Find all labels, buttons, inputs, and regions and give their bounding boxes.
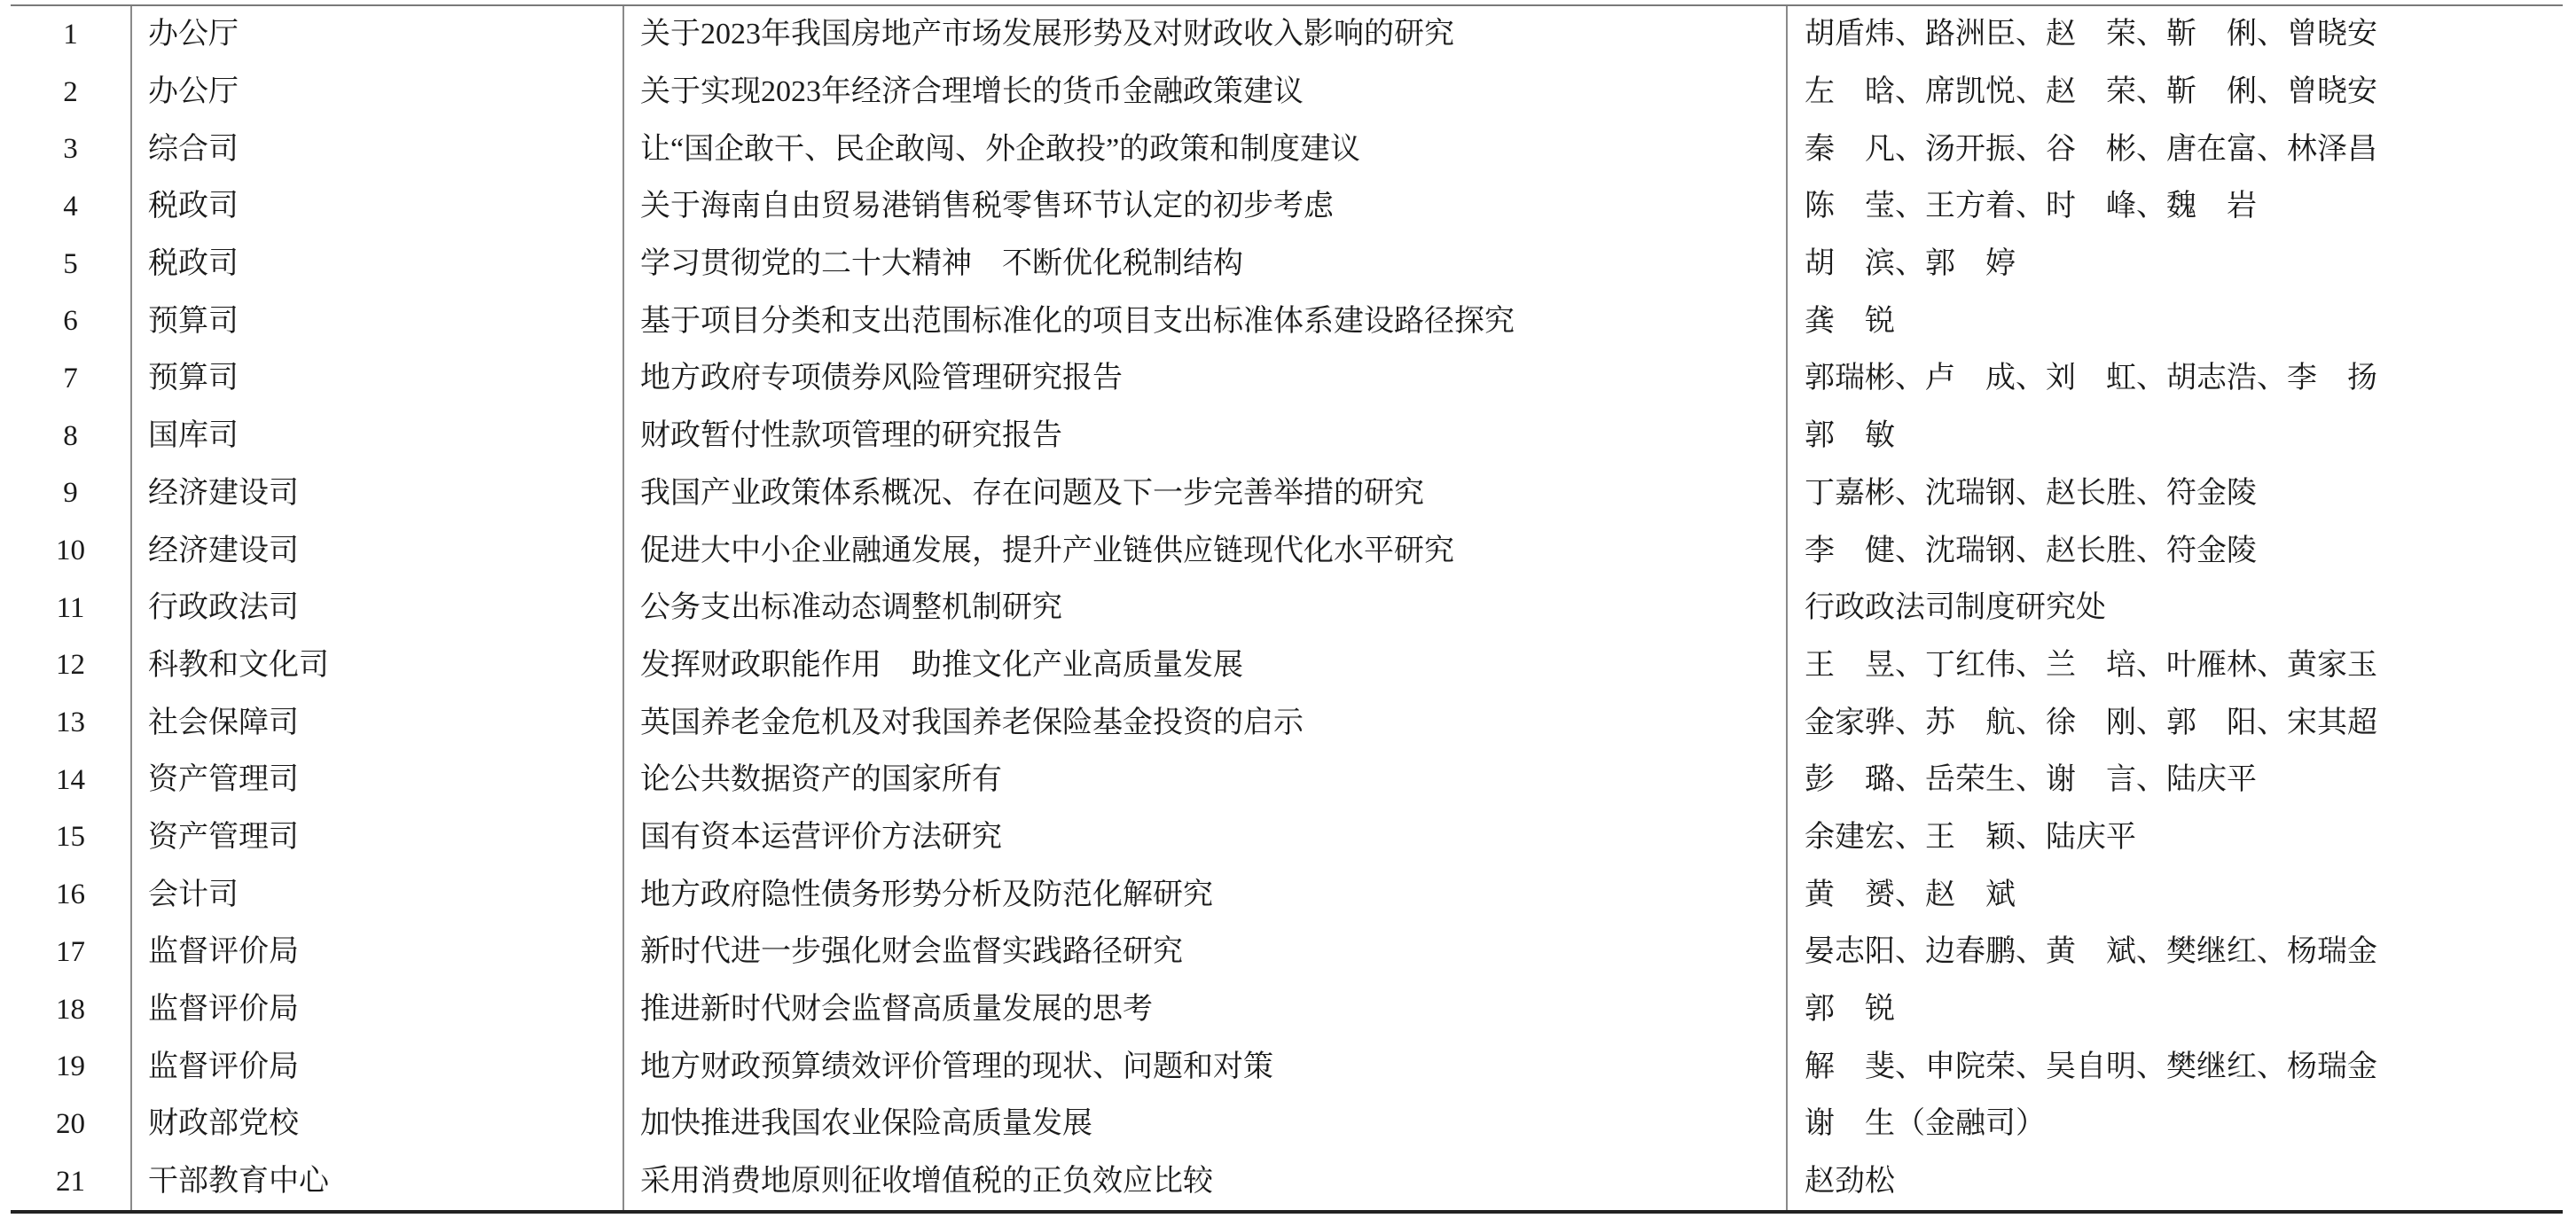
authors-cell: 郭瑞彬、卢 成、刘 虹、胡志浩、李 扬 <box>1788 350 2563 408</box>
title-cell: 关于实现2023年经济合理增长的货币金融政策建议 <box>624 64 1788 121</box>
title-cell: 学习贯彻党的二十大精神 不断优化税制结构 <box>624 236 1788 293</box>
authors-cell: 谢 生（金融司） <box>1788 1096 2563 1153</box>
title-cell: 英国养老金危机及对我国养老保险基金投资的启示 <box>624 694 1788 752</box>
title-cell: 加快推进我国农业保险高质量发展 <box>624 1096 1788 1153</box>
authors-cell: 丁嘉彬、沈瑞钢、赵长胜、符金陵 <box>1788 465 2563 523</box>
department-cell: 干部教育中心 <box>132 1153 624 1211</box>
row-number: 2 <box>11 64 132 121</box>
row-number: 21 <box>11 1153 132 1211</box>
authors-cell: 余建宏、王 颖、陆庆平 <box>1788 809 2563 867</box>
authors-cell: 李 健、沈瑞钢、赵长胜、符金陵 <box>1788 522 2563 580</box>
title-cell: 公务支出标准动态调整机制研究 <box>624 580 1788 637</box>
row-number: 11 <box>11 580 132 637</box>
table-row: 1 办公厅 关于2023年我国房地产市场发展形势及对财政收入影响的研究 胡盾炜、… <box>11 6 2563 64</box>
title-cell: 促进大中小企业融通发展，提升产业链供应链现代化水平研究 <box>624 522 1788 580</box>
table-row: 16 会计司 地方政府隐性债务形势分析及防范化解研究 黄 赟、赵 斌 <box>11 866 2563 924</box>
authors-cell: 彭 璐、岳荣生、谢 言、陆庆平 <box>1788 752 2563 809</box>
table-row: 15 资产管理司 国有资本运营评价方法研究 余建宏、王 颖、陆庆平 <box>11 809 2563 867</box>
row-number: 3 <box>11 121 132 178</box>
row-number: 4 <box>11 178 132 236</box>
department-cell: 监督评价局 <box>132 981 624 1039</box>
table-row: 3 综合司 让“国企敢干、民企敢闯、外企敢投”的政策和制度建议 秦 凡、汤开振、… <box>11 121 2563 178</box>
table-row: 18 监督评价局 推进新时代财会监督高质量发展的思考 郭 锐 <box>11 981 2563 1039</box>
authors-cell: 王 昱、丁红伟、兰 培、叶雁林、黄家玉 <box>1788 637 2563 695</box>
table-row: 14 资产管理司 论公共数据资产的国家所有 彭 璐、岳荣生、谢 言、陆庆平 <box>11 752 2563 809</box>
title-cell: 采用消费地原则征收增值税的正负效应比较 <box>624 1153 1788 1211</box>
department-cell: 资产管理司 <box>132 809 624 867</box>
title-cell: 论公共数据资产的国家所有 <box>624 752 1788 809</box>
row-number: 14 <box>11 752 132 809</box>
department-cell: 科教和文化司 <box>132 637 624 695</box>
row-number: 6 <box>11 293 132 350</box>
row-number: 19 <box>11 1038 132 1096</box>
authors-cell: 龚 锐 <box>1788 293 2563 350</box>
row-number: 12 <box>11 637 132 695</box>
table-row: 5 税政司 学习贯彻党的二十大精神 不断优化税制结构 胡 滨、郭 婷 <box>11 236 2563 293</box>
title-cell: 地方财政预算绩效评价管理的现状、问题和对策 <box>624 1038 1788 1096</box>
title-cell: 国有资本运营评价方法研究 <box>624 809 1788 867</box>
authors-cell: 郭 敏 <box>1788 408 2563 465</box>
department-cell: 办公厅 <box>132 64 624 121</box>
title-cell: 关于海南自由贸易港销售税零售环节认定的初步考虑 <box>624 178 1788 236</box>
title-cell: 关于2023年我国房地产市场发展形势及对财政收入影响的研究 <box>624 6 1788 64</box>
authors-cell: 秦 凡、汤开振、谷 彬、唐在富、林泽昌 <box>1788 121 2563 178</box>
row-number: 20 <box>11 1096 132 1153</box>
table-row: 20 财政部党校 加快推进我国农业保险高质量发展 谢 生（金融司） <box>11 1096 2563 1153</box>
department-cell: 经济建设司 <box>132 465 624 523</box>
department-cell: 预算司 <box>132 293 624 350</box>
department-cell: 经济建设司 <box>132 522 624 580</box>
table-row: 21 干部教育中心 采用消费地原则征收增值税的正负效应比较 赵劲松 <box>11 1153 2563 1211</box>
table-row: 7 预算司 地方政府专项债券风险管理研究报告 郭瑞彬、卢 成、刘 虹、胡志浩、李… <box>11 350 2563 408</box>
title-cell: 基于项目分类和支出范围标准化的项目支出标准体系建设路径探究 <box>624 293 1788 350</box>
title-cell: 让“国企敢干、民企敢闯、外企敢投”的政策和制度建议 <box>624 121 1788 178</box>
row-number: 9 <box>11 465 132 523</box>
table-row: 8 国库司 财政暂付性款项管理的研究报告 郭 敏 <box>11 408 2563 465</box>
department-cell: 监督评价局 <box>132 1038 624 1096</box>
row-number: 8 <box>11 408 132 465</box>
table-row: 4 税政司 关于海南自由贸易港销售税零售环节认定的初步考虑 陈 莹、王方着、时 … <box>11 178 2563 236</box>
department-cell: 行政政法司 <box>132 580 624 637</box>
row-number: 1 <box>11 6 132 64</box>
table-row: 6 预算司 基于项目分类和支出范围标准化的项目支出标准体系建设路径探究 龚 锐 <box>11 293 2563 350</box>
authors-cell: 胡 滨、郭 婷 <box>1788 236 2563 293</box>
department-cell: 资产管理司 <box>132 752 624 809</box>
row-number: 16 <box>11 866 132 924</box>
title-cell: 地方政府专项债券风险管理研究报告 <box>624 350 1788 408</box>
department-cell: 综合司 <box>132 121 624 178</box>
authors-cell: 行政政法司制度研究处 <box>1788 580 2563 637</box>
authors-cell: 左 晗、席凯悦、赵 荣、靳 俐、曾晓安 <box>1788 64 2563 121</box>
authors-cell: 胡盾炜、路洲臣、赵 荣、靳 俐、曾晓安 <box>1788 6 2563 64</box>
authors-cell: 解 斐、申院荣、吴自明、樊继红、杨瑞金 <box>1788 1038 2563 1096</box>
department-cell: 监督评价局 <box>132 924 624 981</box>
row-number: 17 <box>11 924 132 981</box>
authors-cell: 晏志阳、边春鹏、黄 斌、樊继红、杨瑞金 <box>1788 924 2563 981</box>
title-cell: 地方政府隐性债务形势分析及防范化解研究 <box>624 866 1788 924</box>
row-number: 5 <box>11 236 132 293</box>
authors-cell: 陈 莹、王方着、时 峰、魏 岩 <box>1788 178 2563 236</box>
row-number: 18 <box>11 981 132 1039</box>
row-number: 10 <box>11 522 132 580</box>
row-number: 7 <box>11 350 132 408</box>
title-cell: 我国产业政策体系概况、存在问题及下一步完善举措的研究 <box>624 465 1788 523</box>
department-cell: 税政司 <box>132 236 624 293</box>
table-row: 17 监督评价局 新时代进一步强化财会监督实践路径研究 晏志阳、边春鹏、黄 斌、… <box>11 924 2563 981</box>
table-row: 19 监督评价局 地方财政预算绩效评价管理的现状、问题和对策 解 斐、申院荣、吴… <box>11 1038 2563 1096</box>
department-cell: 预算司 <box>132 350 624 408</box>
department-cell: 社会保障司 <box>132 694 624 752</box>
department-cell: 会计司 <box>132 866 624 924</box>
table-row: 10 经济建设司 促进大中小企业融通发展，提升产业链供应链现代化水平研究 李 健… <box>11 522 2563 580</box>
title-cell: 发挥财政职能作用 助推文化产业高质量发展 <box>624 637 1788 695</box>
authors-cell: 郭 锐 <box>1788 981 2563 1039</box>
department-cell: 国库司 <box>132 408 624 465</box>
title-cell: 新时代进一步强化财会监督实践路径研究 <box>624 924 1788 981</box>
department-cell: 办公厅 <box>132 6 624 64</box>
department-cell: 税政司 <box>132 178 624 236</box>
row-number: 15 <box>11 809 132 867</box>
table-row: 11 行政政法司 公务支出标准动态调整机制研究 行政政法司制度研究处 <box>11 580 2563 637</box>
table-row: 2 办公厅 关于实现2023年经济合理增长的货币金融政策建议 左 晗、席凯悦、赵… <box>11 64 2563 121</box>
table-row: 13 社会保障司 英国养老金危机及对我国养老保险基金投资的启示 金家骅、苏 航、… <box>11 694 2563 752</box>
table-row: 12 科教和文化司 发挥财政职能作用 助推文化产业高质量发展 王 昱、丁红伟、兰… <box>11 637 2563 695</box>
authors-cell: 金家骅、苏 航、徐 刚、郭 阳、宋其超 <box>1788 694 2563 752</box>
table-row: 9 经济建设司 我国产业政策体系概况、存在问题及下一步完善举措的研究 丁嘉彬、沈… <box>11 465 2563 523</box>
authors-cell: 赵劲松 <box>1788 1153 2563 1211</box>
row-number: 13 <box>11 694 132 752</box>
authors-cell: 黄 赟、赵 斌 <box>1788 866 2563 924</box>
research-results-table: 1 办公厅 关于2023年我国房地产市场发展形势及对财政收入影响的研究 胡盾炜、… <box>11 4 2563 1214</box>
title-cell: 推进新时代财会监督高质量发展的思考 <box>624 981 1788 1039</box>
department-cell: 财政部党校 <box>132 1096 624 1153</box>
title-cell: 财政暂付性款项管理的研究报告 <box>624 408 1788 465</box>
